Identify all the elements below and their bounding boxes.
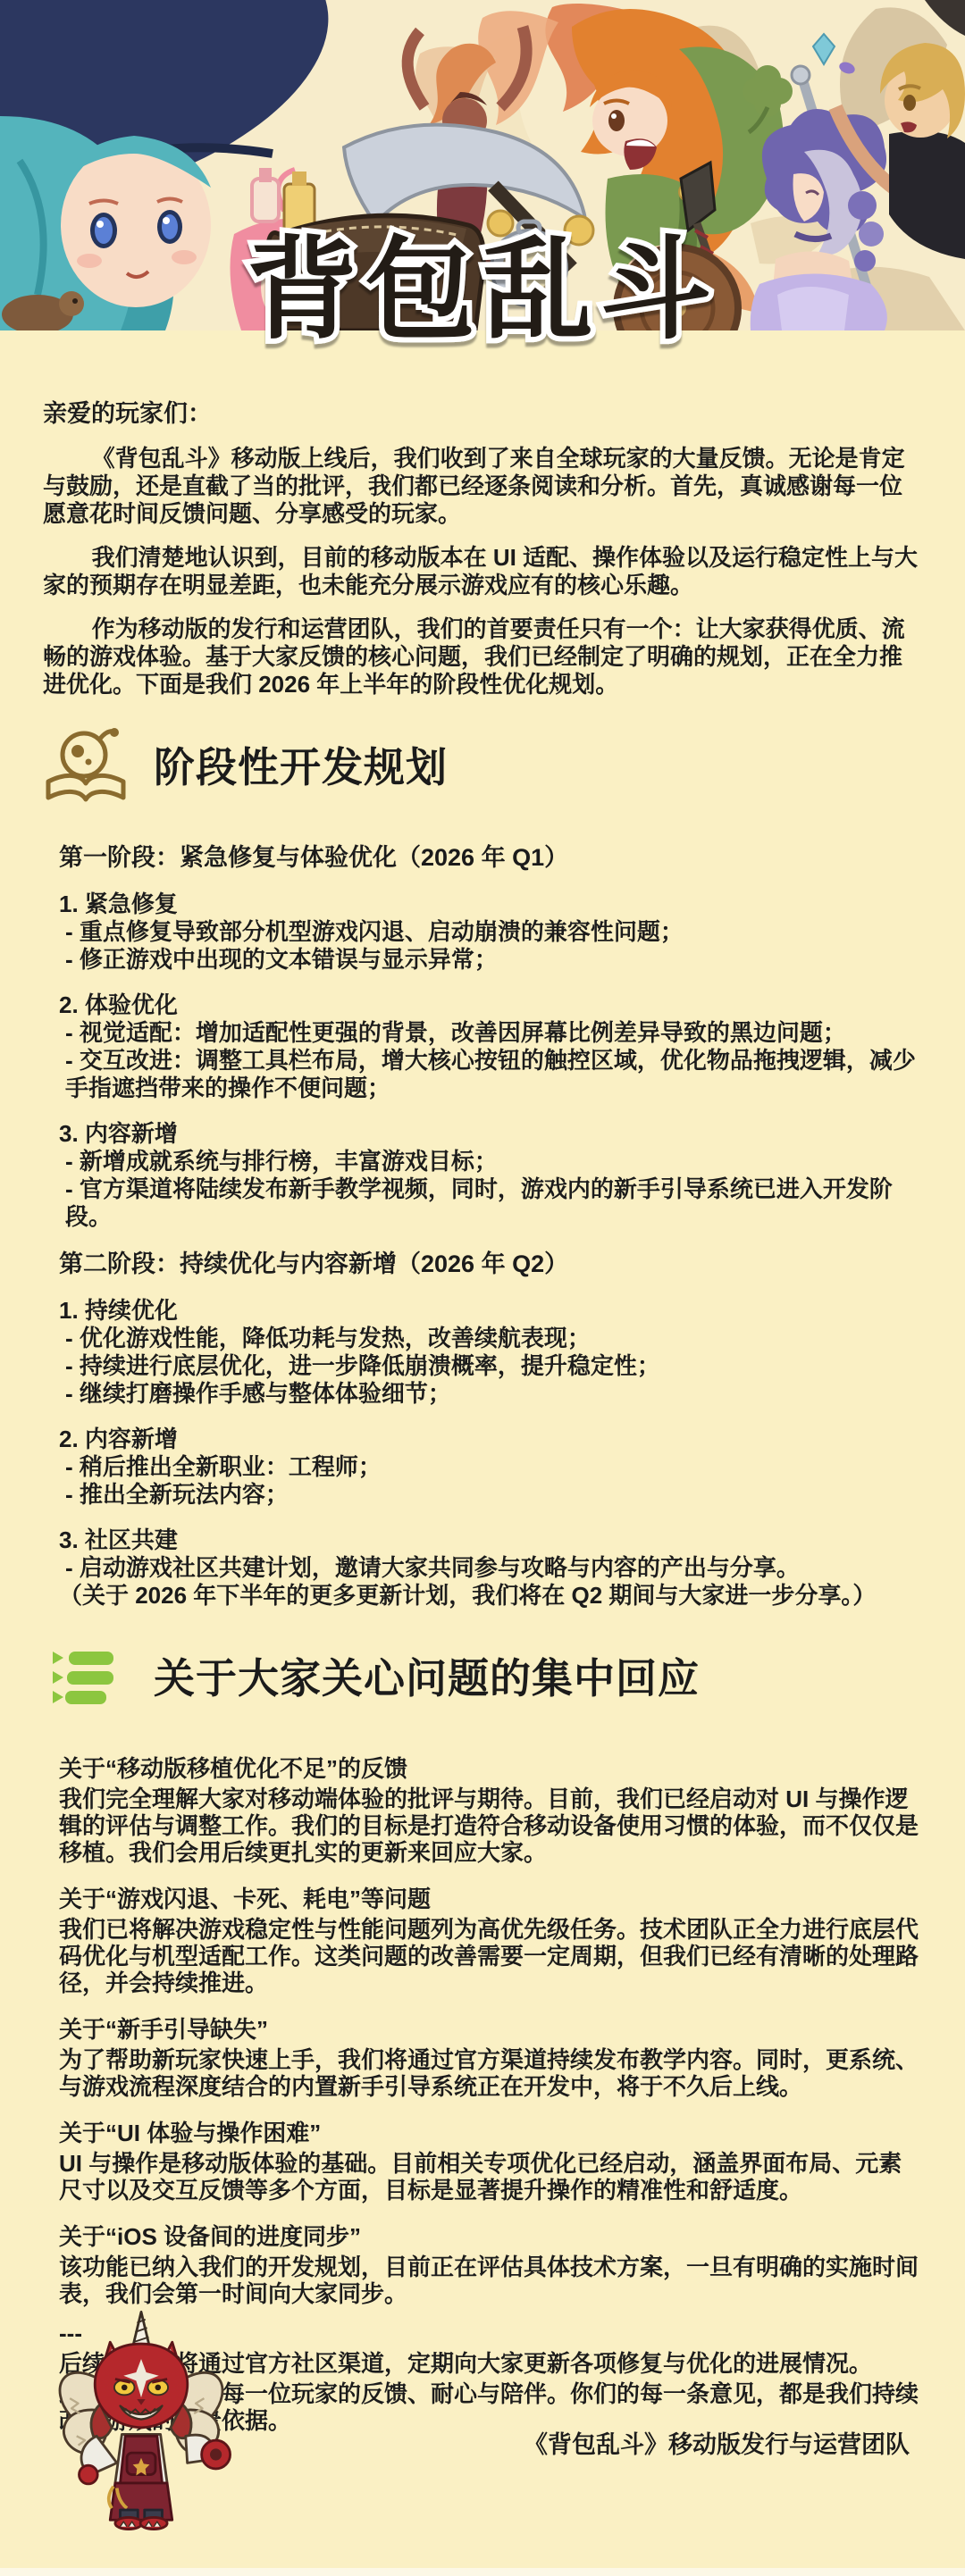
- section-header-dev-plan: 阶段性开发规划: [39, 711, 919, 824]
- banner: 背包乱斗: [0, 0, 965, 330]
- letter-content: 亲爱的玩家们： 《背包乱斗》移动版上线后，我们收到了来自全球玩家的大量反馈。无论…: [0, 398, 965, 2434]
- plan-item: - 官方渠道将陆续发布新手教学视频，同时，游戏内的新手引导系统已进入开发阶段。: [59, 1175, 919, 1231]
- phase-1-group-2: 2. 体验优化 - 视觉适配：增加适配性更强的背景，改善因屏幕比例差异导致的黑边…: [59, 991, 919, 1102]
- plan-item: - 交互改进：调整工具栏布局，增大核心按钮的触控区域，优化物品拖拽逻辑，减少手指…: [59, 1047, 919, 1102]
- qa-title: 关于大家关心问题的集中回应: [154, 1656, 700, 1702]
- plan-item: - 持续进行底层优化，进一步降低崩溃概率，提升稳定性；: [59, 1352, 919, 1380]
- group-title: 1. 持续优化: [59, 1297, 919, 1325]
- qa-item-4: 关于“UI 体验与操作困难” UI 与操作是移动版体验的基础。目前相关专项优化已…: [59, 2119, 919, 2204]
- phase-2-note: （关于 2026 年下半年的更多更新计划，我们将在 Q2 期间与大家进一步分享。…: [59, 1582, 919, 1610]
- group-title: 2. 体验优化: [59, 991, 919, 1019]
- qa-answer: 我们完全理解大家对移动端体验的批评与期待。目前，我们已经启动对 UI 与操作逻辑…: [59, 1786, 919, 1866]
- mascot-body: [80, 2434, 231, 2520]
- plan-item: - 新增成就系统与排行榜，丰富游戏目标；: [59, 1148, 919, 1175]
- qa-item-5: 关于“iOS 设备间的进度同步” 该功能已纳入我们的开发规划，目前正在评估具体技…: [59, 2222, 919, 2307]
- announcement-page: 背包乱斗 亲爱的玩家们： 《背包乱斗》移动版上线后，我们收到了来自全球玩家的大量…: [0, 0, 965, 2576]
- qa-question: 关于“UI 体验与操作困难”: [59, 2119, 919, 2148]
- phase-1-title: 第一阶段：紧急修复与体验优化（2026 年 Q1）: [59, 842, 919, 873]
- qa-answer: 为了帮助新玩家快速上手，我们将通过官方渠道持续发布教学内容。同时，更系统、与游戏…: [59, 2046, 919, 2100]
- dev-plan-title: 阶段性开发规划: [154, 745, 448, 790]
- group-title: 3. 内容新增: [59, 1120, 919, 1148]
- phase-2-group-1: 1. 持续优化 - 优化游戏性能，降低功耗与发热，改善续航表现； - 持续进行底…: [59, 1297, 919, 1408]
- plan-item: - 优化游戏性能，降低功耗与发热，改善续航表现；: [59, 1325, 919, 1352]
- letter-paragraph-3: 作为移动版的发行和运营团队，我们的首要责任只有一个：让大家获得优质、流畅的游戏体…: [43, 615, 919, 698]
- fox-mascot-illustration: [45, 2306, 238, 2538]
- phase-2-title: 第二阶段：持续优化与内容新增（2026 年 Q2）: [59, 1249, 919, 1279]
- section-header-qa: 关于大家关心问题的集中回应: [39, 1622, 919, 1735]
- plan-item: - 推出全新玩法内容；: [59, 1481, 919, 1509]
- qa-answer: 我们已将解决游戏稳定性与性能问题列为高优先级任务。技术团队正全力进行底层代码优化…: [59, 1916, 919, 1996]
- qa-item-2: 关于“游戏闪退、卡死、耗电”等问题 我们已将解决游戏稳定性与性能问题列为高优先级…: [59, 1885, 919, 1996]
- qa-item-3: 关于“新手引导缺失” 为了帮助新玩家快速上手，我们将通过官方渠道持续发布教学内容…: [59, 2015, 919, 2100]
- plan-item: - 修正游戏中出现的文本错误与显示异常；: [59, 946, 919, 974]
- game-logo-text: 背包乱斗: [247, 229, 718, 352]
- plan-item: - 视觉适配：增加适配性更强的背景，改善因屏幕比例差异导致的黑边问题；: [59, 1019, 919, 1047]
- group-title: 3. 社区共建: [59, 1526, 919, 1554]
- game-logo: 背包乱斗: [0, 201, 965, 384]
- qa-question: 关于“游戏闪退、卡死、耗电”等问题: [59, 1885, 919, 1914]
- letter-paragraph-2: 我们清楚地认识到，目前的移动版本在 UI 适配、操作体验以及运行稳定性上与大家的…: [43, 544, 919, 599]
- astronaut-book-icon: [39, 726, 132, 808]
- plan-item: - 继续打磨操作手感与整体体验细节；: [59, 1380, 919, 1408]
- qa-answer: UI 与操作是移动版体验的基础。目前相关专项优化已经启动，涵盖界面布局、元素尺寸…: [59, 2150, 919, 2204]
- qa-item-1: 关于“移动版移植优化不足”的反馈 我们完全理解大家对移动端体验的批评与期待。目前…: [59, 1754, 919, 1866]
- mascot-head: [95, 2342, 188, 2428]
- list-icon: [39, 1649, 132, 1708]
- phase-2-group-2: 2. 内容新增 - 稍后推出全新职业：工程师； - 推出全新玩法内容；: [59, 1426, 919, 1509]
- plan-item: - 稍后推出全新职业：工程师；: [59, 1453, 919, 1481]
- qa-question: 关于“移动版移植优化不足”的反馈: [59, 1754, 919, 1784]
- salutation: 亲爱的玩家们：: [43, 398, 919, 429]
- qa-answer: 该功能已纳入我们的开发规划，目前正在评估具体技术方案，一旦有明确的实施时间表，我…: [59, 2254, 919, 2307]
- signature: 《背包乱斗》移动版发行与运营团队: [524, 2425, 910, 2460]
- qa-question: 关于“新手引导缺失”: [59, 2015, 919, 2045]
- letter-paragraph-1: 《背包乱斗》移动版上线后，我们收到了来自全球玩家的大量反馈。无论是肯定与鼓励，还…: [43, 445, 919, 528]
- bottom-strip: [0, 2568, 965, 2576]
- qa-question: 关于“iOS 设备间的进度同步”: [59, 2222, 919, 2252]
- plan-item: - 启动游戏社区共建计划，邀请大家共同参与攻略与内容的产出与分享。: [59, 1554, 919, 1582]
- phase-1-group-1: 1. 紧急修复 - 重点修复导致部分机型游戏闪退、启动崩溃的兼容性问题； - 修…: [59, 891, 919, 974]
- plan-item: - 重点修复导致部分机型游戏闪退、启动崩溃的兼容性问题；: [59, 918, 919, 946]
- group-title: 2. 内容新增: [59, 1426, 919, 1453]
- group-title: 1. 紧急修复: [59, 891, 919, 918]
- phase-1-group-3: 3. 内容新增 - 新增成就系统与排行榜，丰富游戏目标； - 官方渠道将陆续发布…: [59, 1120, 919, 1231]
- phase-2-group-3: 3. 社区共建 - 启动游戏社区共建计划，邀请大家共同参与攻略与内容的产出与分享…: [59, 1526, 919, 1610]
